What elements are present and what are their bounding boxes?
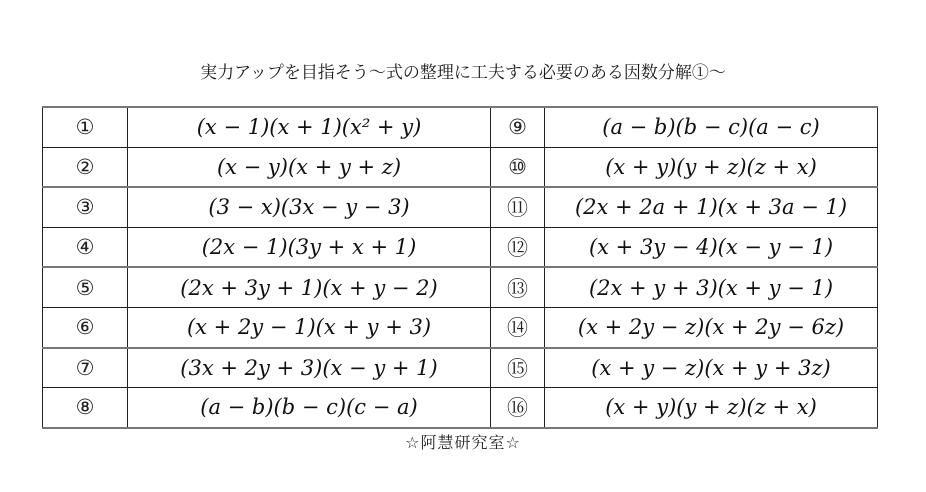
footer-signature: ☆阿慧研究室☆ [0, 430, 926, 453]
problem-number: ④ [43, 227, 128, 267]
problem-number: ⑥ [43, 307, 128, 347]
problem-number: ⑭ [491, 307, 545, 347]
answer-expression: (x + y)(y + z)(z + x) [545, 147, 878, 187]
problem-number: ① [43, 107, 128, 147]
problem-number: ⑬ [491, 267, 545, 307]
problem-number: ② [43, 147, 128, 187]
problem-number: ⑧ [43, 388, 128, 428]
document-title: 実力アップを目指そう～式の整理に工夫する必要のある因数分解①～ [0, 58, 926, 83]
answer-expression: (2x + 3y + 1)(x + y − 2) [128, 267, 491, 307]
answer-expression: (a − b)(b − c)(a − c) [545, 107, 878, 147]
table-row: ⑦ (3x + 2y + 3)(x − y + 1) ⑮ (x + y − z)… [43, 348, 878, 388]
problem-number: ⑤ [43, 267, 128, 307]
table-row: ⑤ (2x + 3y + 1)(x + y − 2) ⑬ (2x + y + 3… [43, 267, 878, 307]
table-row: ⑧ (a − b)(b − c)(c − a) ⑯ (x + y)(y + z)… [43, 388, 878, 428]
answer-expression: (x − 1)(x + 1)(x² + y) [128, 107, 491, 147]
answer-expression: (x + 2y − 1)(x + y + 3) [128, 307, 491, 347]
answer-table: ① (x − 1)(x + 1)(x² + y) ⑨ (a − b)(b − c… [42, 106, 878, 429]
table-row: ④ (2x − 1)(3y + x + 1) ⑫ (x + 3y − 4)(x … [43, 227, 878, 267]
answer-expression: (x + 3y − 4)(x − y − 1) [545, 227, 878, 267]
table-row: ③ (3 − x)(3x − y − 3) ⑪ (2x + 2a + 1)(x … [43, 187, 878, 227]
answer-expression: (2x − 1)(3y + x + 1) [128, 227, 491, 267]
answer-expression: (a − b)(b − c)(c − a) [128, 388, 491, 428]
problem-number: ⑮ [491, 348, 545, 388]
problem-number: ⑩ [491, 147, 545, 187]
answer-expression: (x + 2y − z)(x + 2y − 6z) [545, 307, 878, 347]
table-row: ② (x − y)(x + y + z) ⑩ (x + y)(y + z)(z … [43, 147, 878, 187]
problem-number: ⑪ [491, 187, 545, 227]
answer-expression: (x + y)(y + z)(z + x) [545, 388, 878, 428]
problem-number: ⑯ [491, 388, 545, 428]
problem-number: ⑫ [491, 227, 545, 267]
problem-number: ③ [43, 187, 128, 227]
answer-expression: (x − y)(x + y + z) [128, 147, 491, 187]
problem-number: ⑨ [491, 107, 545, 147]
answer-expression: (3 − x)(3x − y − 3) [128, 187, 491, 227]
table-row: ⑥ (x + 2y − 1)(x + y + 3) ⑭ (x + 2y − z)… [43, 307, 878, 347]
problem-number: ⑦ [43, 348, 128, 388]
table-row: ① (x − 1)(x + 1)(x² + y) ⑨ (a − b)(b − c… [43, 107, 878, 147]
answer-expression: (2x + y + 3)(x + y − 1) [545, 267, 878, 307]
answer-expression: (3x + 2y + 3)(x − y + 1) [128, 348, 491, 388]
answer-expression: (x + y − z)(x + y + 3z) [545, 348, 878, 388]
answer-expression: (2x + 2a + 1)(x + 3a − 1) [545, 187, 878, 227]
